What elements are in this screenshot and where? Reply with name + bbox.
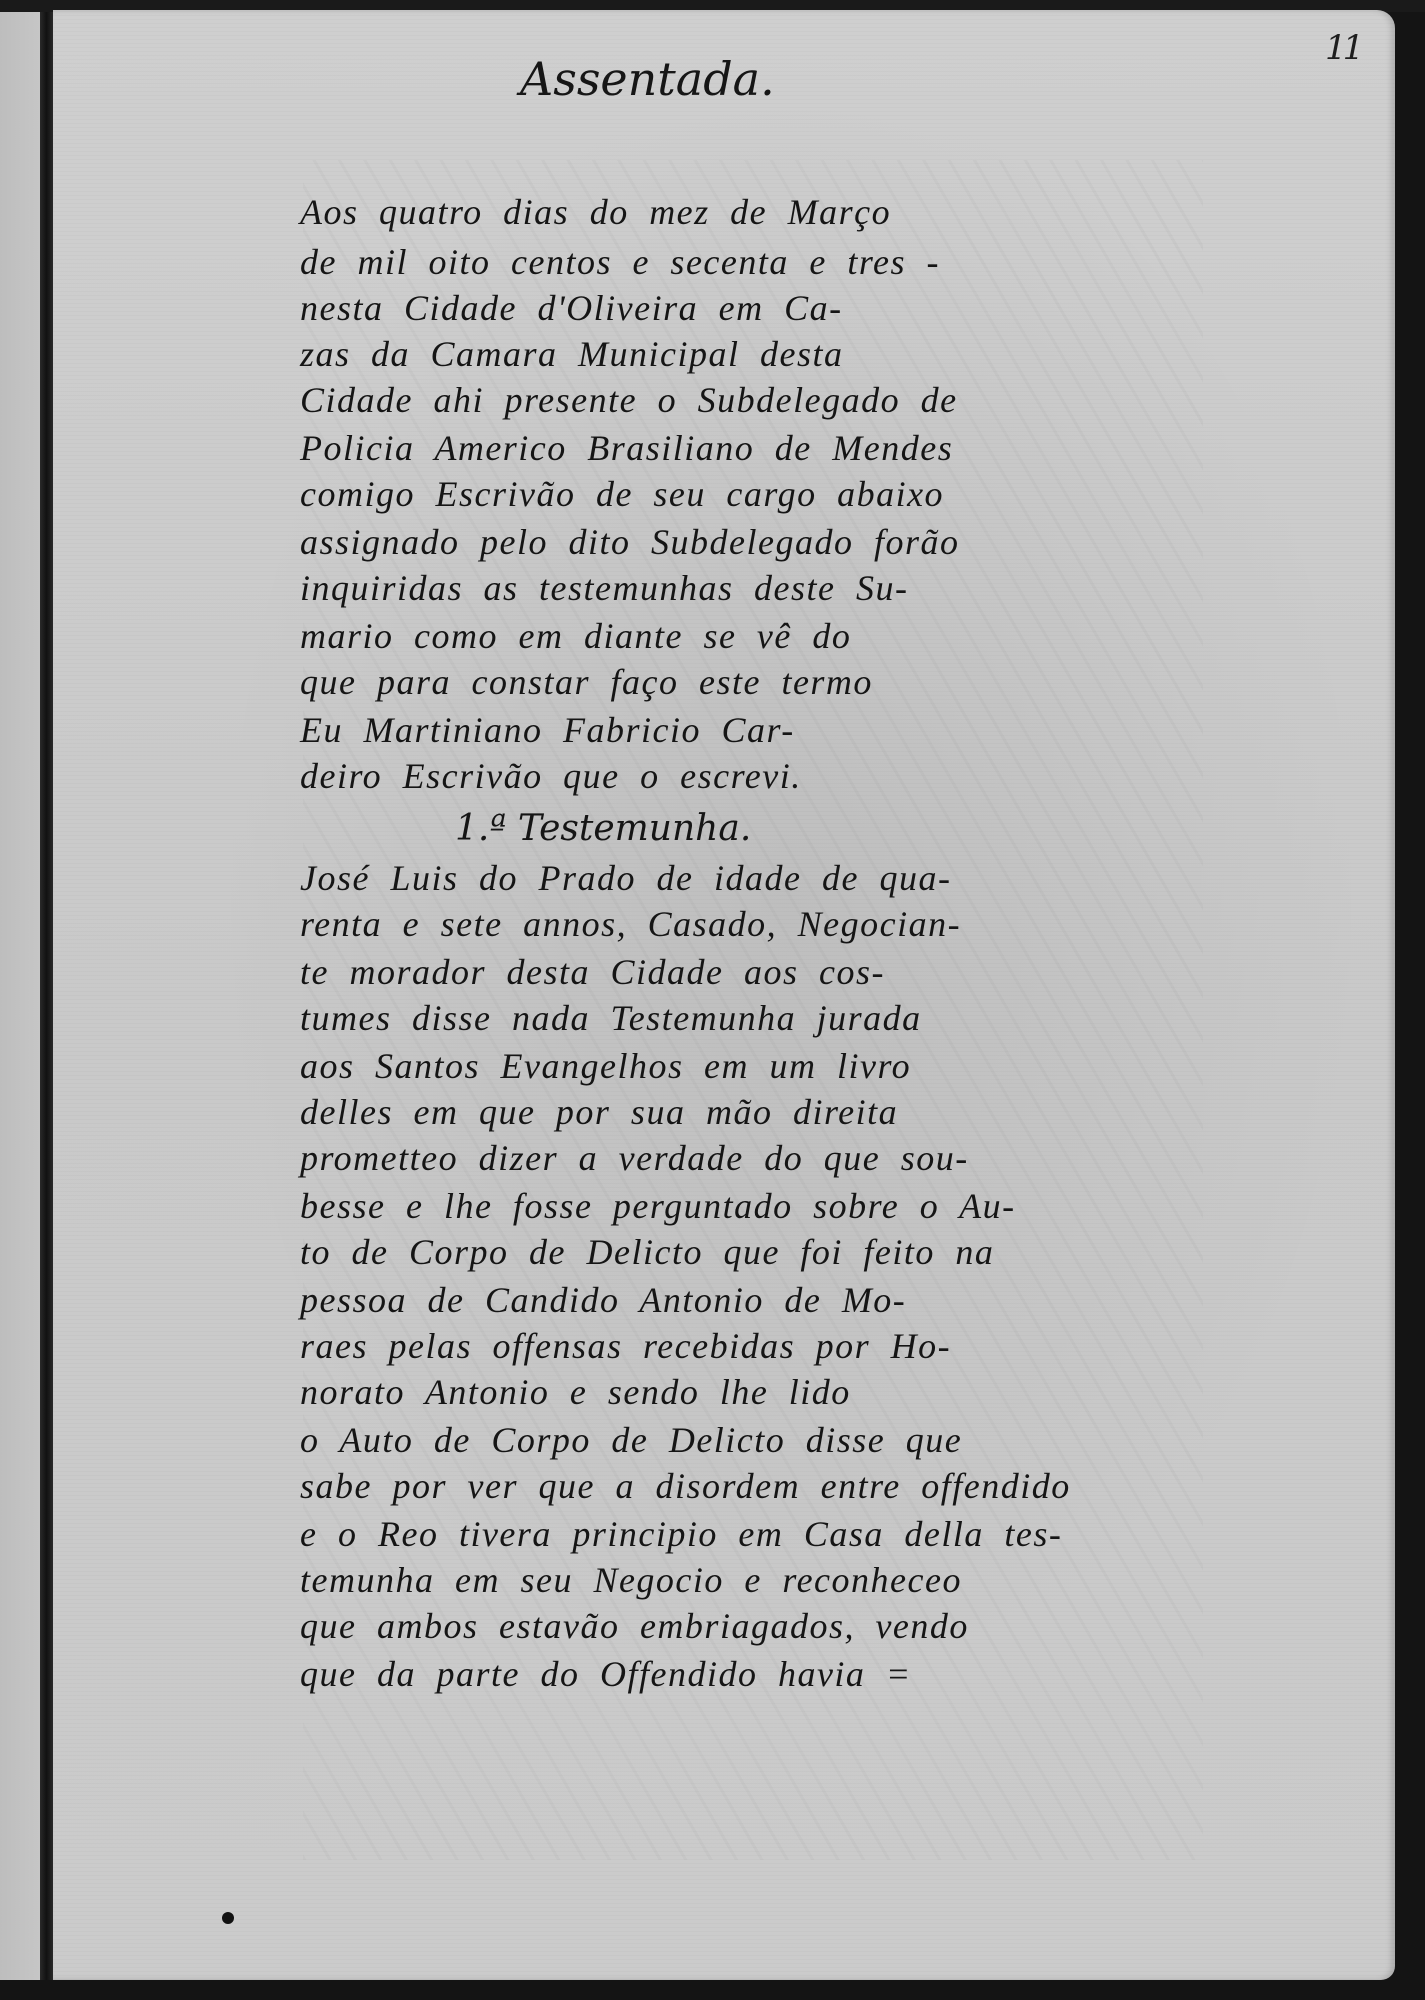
text-line: que ambos estavão embriagados, vendo <box>300 1604 1170 1648</box>
text-line: zas da Camara Municipal desta <box>300 332 1170 376</box>
text-line: e o Reo tivera principio em Casa della t… <box>300 1512 1170 1556</box>
text-line: norato Antonio e sendo lhe lido <box>300 1370 1170 1414</box>
document-heading: Assentada. <box>520 52 775 106</box>
manuscript-scan: 11 Assentada. Aos quatro dias do mez de … <box>0 0 1425 2000</box>
text-line: o Auto de Corpo de Delicto disse que <box>300 1418 1170 1462</box>
text-line: Aos quatro dias do mez de Março <box>300 190 1170 234</box>
text-line: besse e lhe fosse perguntado sobre o Au- <box>300 1184 1170 1228</box>
text-line: aos Santos Evangelhos em um livro <box>300 1044 1170 1088</box>
scan-bottom-border <box>0 1980 1425 2000</box>
text-line: Cidade ahi presente o Subdelegado de <box>300 378 1170 422</box>
text-line: comigo Escrivão de seu cargo abaixo <box>300 472 1170 516</box>
text-line: delles em que por sua mão direita <box>300 1090 1170 1134</box>
text-line: que da parte do Offendido havia = <box>300 1652 1170 1696</box>
text-line: deiro Escrivão que o escrevi. <box>300 754 1170 798</box>
text-line: prometteo dizer a verdade do que sou- <box>300 1136 1170 1180</box>
witness-heading: 1.ª Testemunha. <box>455 808 751 849</box>
text-line: to de Corpo de Delicto que foi feito na <box>300 1230 1170 1274</box>
text-line: raes pelas offensas recebidas por Ho- <box>300 1324 1170 1368</box>
text-line: inquiridas as testemunhas deste Su- <box>300 566 1170 610</box>
text-line: tumes disse nada Testemunha jurada <box>300 996 1170 1040</box>
binding-seam <box>40 12 53 1987</box>
text-line: de mil oito centos e secenta e tres - <box>300 240 1170 284</box>
facing-page-edge <box>0 12 40 1980</box>
text-line: temunha em seu Negocio e reconheceo <box>300 1558 1170 1602</box>
text-line: renta e sete annos, Casado, Negocian- <box>300 902 1170 946</box>
text-line: pessoa de Candido Antonio de Mo- <box>300 1278 1170 1322</box>
text-line: Eu Martiniano Fabricio Car- <box>300 708 1170 752</box>
text-line: mario como em diante se vê do <box>300 614 1170 658</box>
text-line: Policia Americo Brasiliano de Mendes <box>300 426 1170 470</box>
ink-spot <box>222 1912 234 1924</box>
text-line: sabe por ver que a disordem entre offend… <box>300 1464 1170 1508</box>
text-line: que para constar faço este termo <box>300 660 1170 704</box>
text-line: te morador desta Cidade aos cos- <box>300 950 1170 994</box>
text-line: assignado pelo dito Subdelegado forão <box>300 520 1170 564</box>
folio-number: 11 <box>1325 28 1360 68</box>
text-line: nesta Cidade d'Oliveira em Ca- <box>300 286 1170 330</box>
text-line: José Luis do Prado de idade de qua- <box>300 856 1170 900</box>
